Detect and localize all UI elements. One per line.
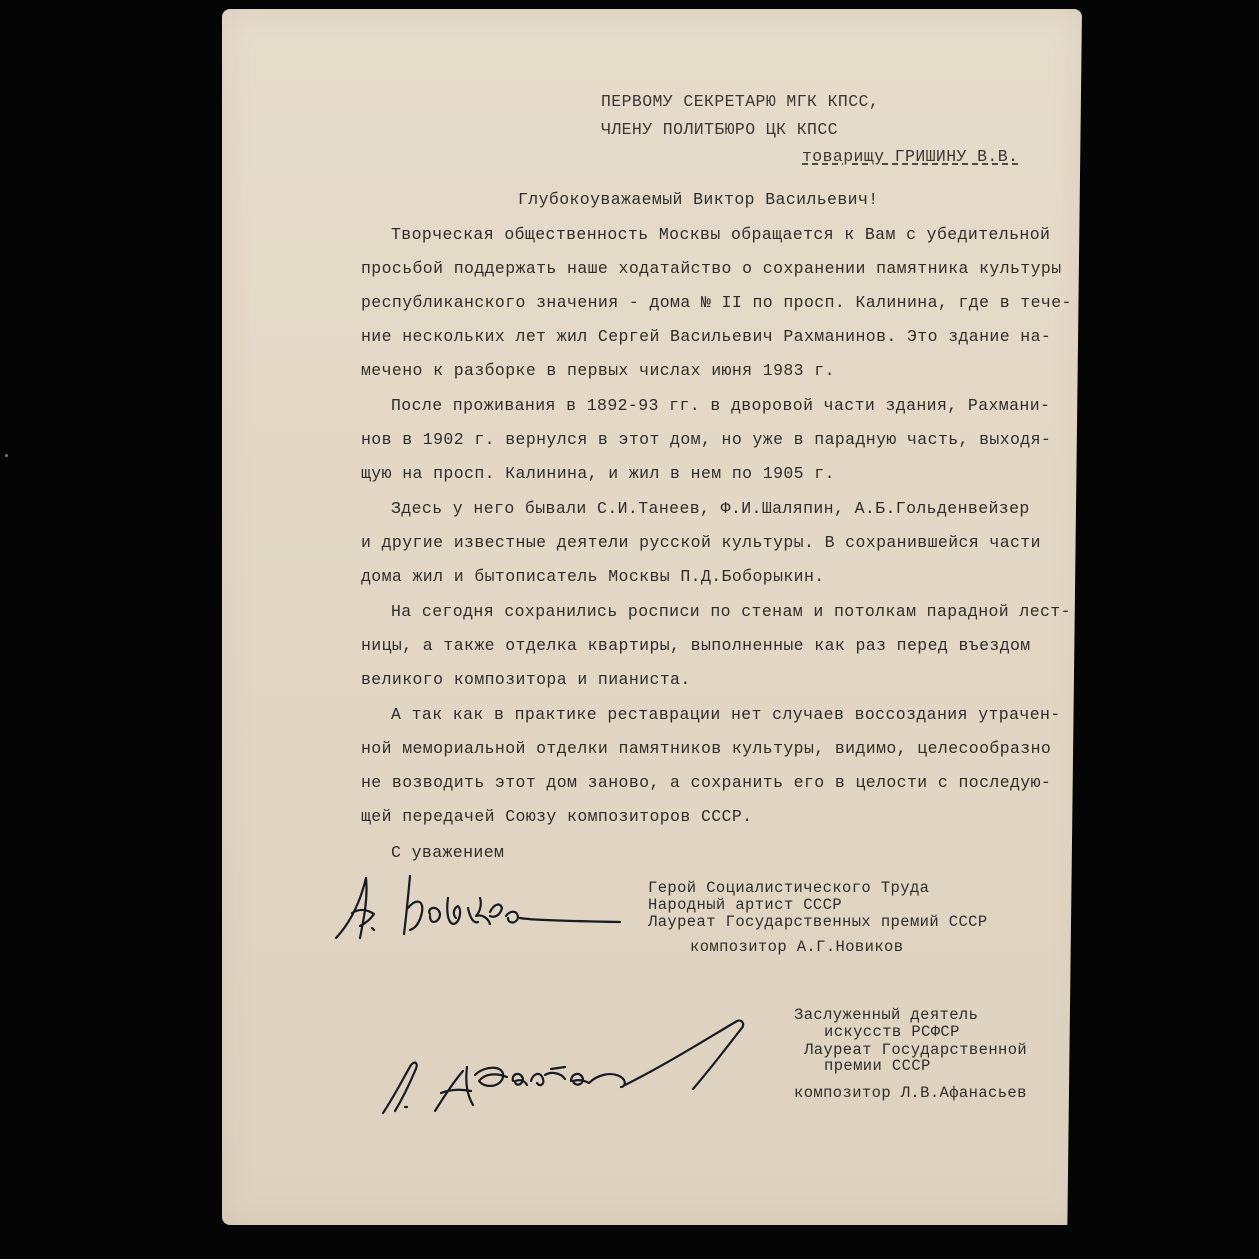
body-line: щую на просп. Калинина, и жил в нем по 1… xyxy=(361,464,835,483)
signatory2-title: искусств РСФСР xyxy=(824,1024,960,1040)
body-line: республиканского значения - дома № II по… xyxy=(361,293,1072,312)
signatory1-name: композитор А.Г.Новиков xyxy=(690,939,903,955)
addressee-line-2: ЧЛЕНУ ПОЛИТБЮРО ЦК КПСС xyxy=(601,120,838,139)
body-line: ницы, а также отделка квартиры, выполнен… xyxy=(361,636,1031,655)
signature-novikov xyxy=(330,868,630,948)
body-line: Творческая общественность Москвы обращае… xyxy=(391,225,1050,244)
body-line: ной мемориальной отделки памятников куль… xyxy=(361,739,1051,758)
body-line: щей передачей Союзу композиторов СССР. xyxy=(361,807,752,826)
signatory1-title: Лауреат Государственных премий СССР xyxy=(648,914,988,930)
body-line: дома жил и бытописатель Москвы П.Д.Бобор… xyxy=(361,567,825,586)
body-line: А так как в практике реставрации нет слу… xyxy=(391,705,1061,724)
signatory2-title: премии СССР xyxy=(824,1058,931,1074)
body-line: Здесь у него бывали С.И.Танеев, Ф.И.Шаля… xyxy=(391,499,1030,518)
signature-afanasyev xyxy=(375,1015,765,1125)
signatory2-title: Лауреат Государственной xyxy=(804,1042,1027,1058)
addressee-line-3: товарищу ГРИШИНУ В.В. xyxy=(802,147,1018,166)
closing: С уважением xyxy=(391,843,504,862)
body-line: После проживания в 1892-93 гг. в дворово… xyxy=(391,396,1050,415)
dust-speck xyxy=(5,454,8,457)
body-line: нов в 1902 г. вернулся в этот дом, но уж… xyxy=(361,430,1051,449)
body-line: не возводить этот дом заново, а сохранит… xyxy=(361,773,1051,792)
body-line: ние нескольких лет жил Сергей Васильевич… xyxy=(361,327,1051,346)
signatory1-title: Народный артист СССР xyxy=(648,897,842,913)
signatory2-title: Заслуженный деятель xyxy=(794,1007,978,1023)
body-line: мечено к разборке в первых числах июня 1… xyxy=(361,361,835,380)
signatory2-name: композитор Л.В.Афанасьев xyxy=(794,1085,1027,1101)
addressee-line-1: ПЕРВОМУ СЕКРЕТАРЮ МГК КПСС, xyxy=(601,92,879,111)
body-line: великого композитора и пианиста. xyxy=(361,670,691,689)
signatory1-title: Герой Социалистического Труда xyxy=(648,880,929,896)
body-line: На сегодня сохранились росписи по стенам… xyxy=(391,602,1071,621)
body-line: и другие известные деятели русской культ… xyxy=(361,533,1041,552)
salutation: Глубокоуважаемый Виктор Васильевич! xyxy=(518,190,879,209)
body-line: просьбой поддержать наше ходатайство о с… xyxy=(361,259,1062,278)
